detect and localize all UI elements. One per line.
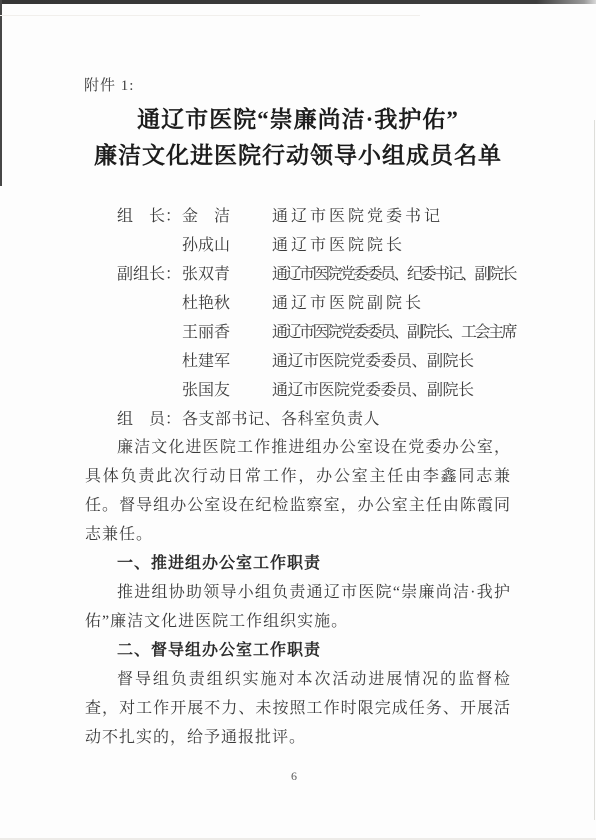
roster-row-deputy-4: 杜建军 通辽市医院党委委员、副院长 [117, 345, 515, 374]
scan-faint-line [0, 15, 420, 16]
document-title-line1: 通辽市医院“崇廉尚洁·我护佑” [0, 102, 596, 138]
roster-row-leader-2: 孙成山 通辽市医院院长 [117, 229, 515, 258]
duty-two-paragraph: 督导组负责组织实施对本次活动进展情况的监督检查，对工作开展不力、未按照工作时限完… [85, 665, 511, 752]
document-body: 廉洁文化进医院工作推进组办公室设在党委办公室，具体负责此次行动日常工作，办公室主… [85, 433, 511, 752]
roster-row-leader-1: 组 长： 金 洁 通辽市医院党委书记 [117, 200, 515, 229]
roster-row-deputy-5: 张国友 通辽市医院党委委员、副院长 [117, 374, 515, 403]
roster-position: 通辽市医院党委委员、纪委书记、副院长 [272, 261, 515, 284]
leadership-roster: 组 长： 金 洁 通辽市医院党委书记 孙成山 通辽市医院院长 副组长： 张双青 … [117, 200, 515, 432]
document-title-line2: 廉洁文化进医院行动领导小组成员名单 [0, 138, 596, 174]
roster-name: 张双青 [182, 261, 272, 284]
roster-name: 张国友 [182, 377, 272, 400]
document-page: 附件 1: 通辽市医院“崇廉尚洁·我护佑” 廉洁文化进医院行动领导小组成员名单 … [0, 0, 596, 840]
roster-role: 副组长： [117, 261, 182, 284]
section-heading-two: 二、督导组办公室工作职责 [85, 636, 511, 665]
roster-row-deputy-1: 副组长： 张双青 通辽市医院党委委员、纪委书记、副院长 [117, 258, 515, 287]
roster-role: 组 员： [117, 406, 182, 429]
roster-position: 通辽市医院党委委员、副院长、工会主席 [272, 319, 515, 342]
roster-name: 杜艳秋 [182, 290, 272, 313]
attachment-label: 附件 1: [84, 74, 134, 95]
roster-row-deputy-3: 王丽香 通辽市医院党委委员、副院长、工会主席 [117, 316, 515, 345]
section-heading-one: 一、推进组办公室工作职责 [85, 549, 511, 578]
roster-position: 通辽市医院党委委员、副院长 [272, 348, 474, 371]
roster-name: 金 洁 [182, 203, 272, 226]
roster-name: 孙成山 [182, 232, 272, 255]
scan-right-edge [594, 120, 595, 820]
roster-name: 王丽香 [182, 319, 272, 342]
office-setup-paragraph: 廉洁文化进医院工作推进组办公室设在党委办公室，具体负责此次行动日常工作，办公室主… [85, 433, 511, 549]
roster-position: 通辽市医院院长 [272, 232, 405, 255]
document-title: 通辽市医院“崇廉尚洁·我护佑” 廉洁文化进医院行动领导小组成员名单 [0, 102, 596, 174]
roster-name: 杜建军 [182, 348, 272, 371]
roster-position: 通辽市医院党委书记 [272, 203, 443, 226]
scan-top-edge [0, 0, 596, 4]
roster-row-deputy-2: 杜艳秋 通辽市医院副院长 [117, 287, 515, 316]
roster-members-text: 各支部书记、各科室负责人 [182, 406, 380, 429]
duty-one-paragraph: 推进组协助领导小组负责通辽市医院“崇廉尚洁·我护佑”廉洁文化进医院工作组织实施。 [85, 578, 511, 636]
page-number: 6 [0, 769, 588, 784]
roster-position: 通辽市医院副院长 [272, 290, 424, 313]
roster-role: 组 长： [117, 203, 182, 226]
roster-row-members: 组 员： 各支部书记、各科室负责人 [117, 403, 515, 432]
roster-position: 通辽市医院党委委员、副院长 [272, 377, 474, 400]
